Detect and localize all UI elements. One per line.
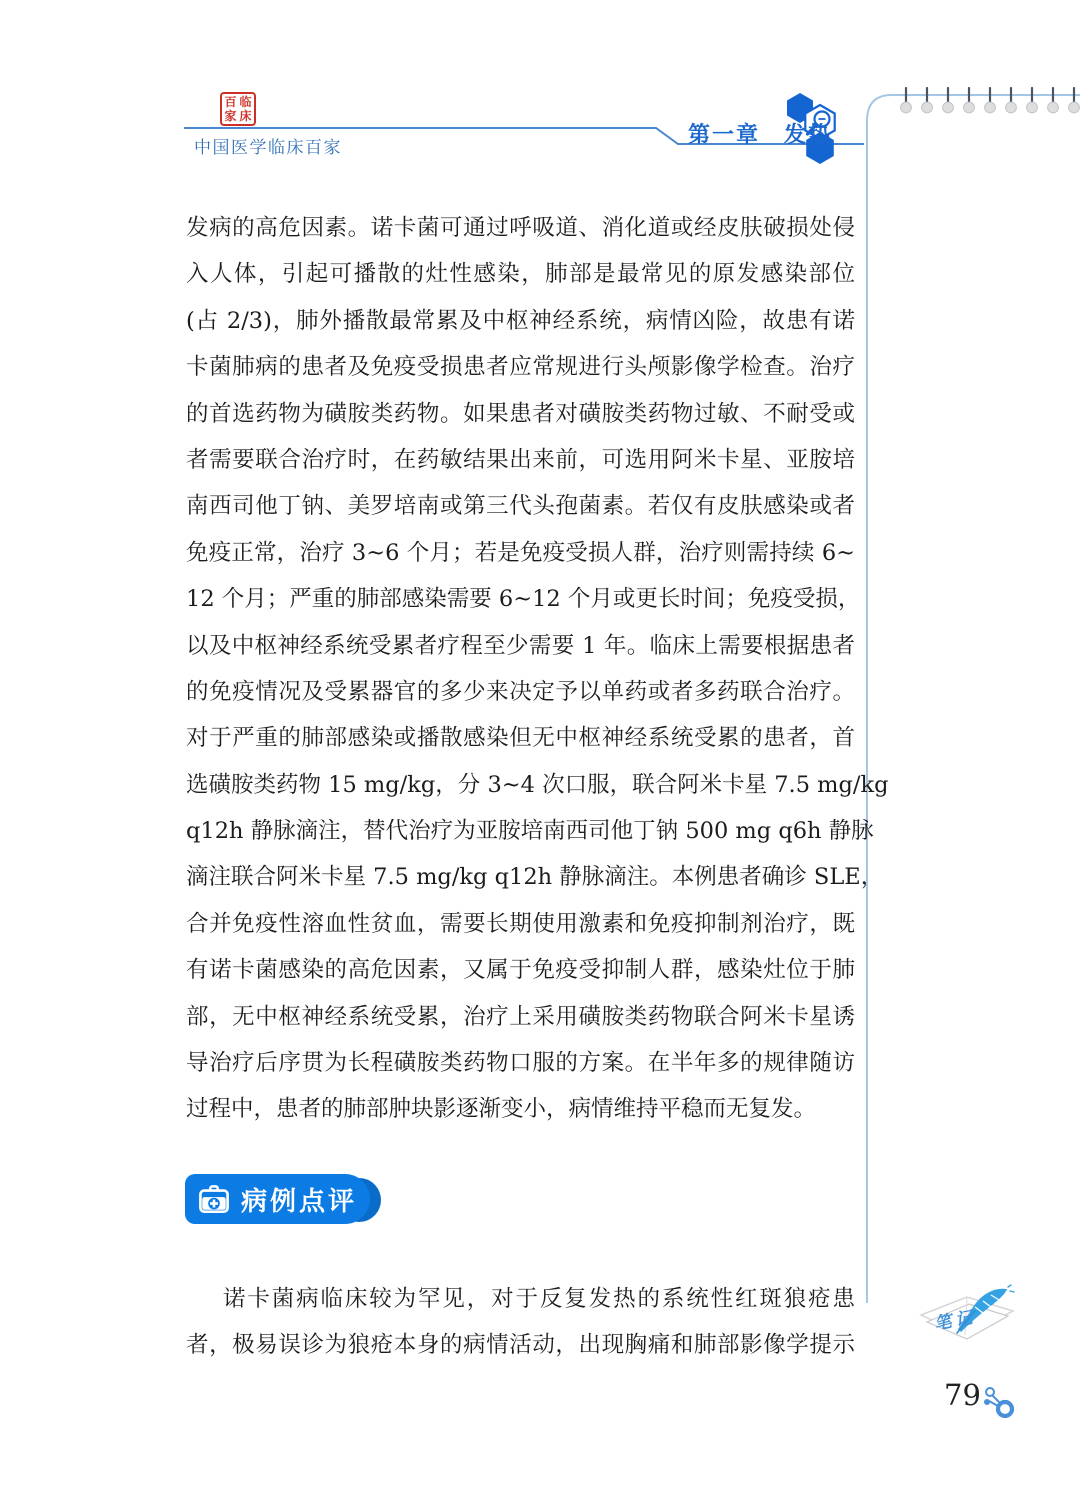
body-line: 免疫正常，治疗 3~6 个月；若是免疫受损人群，治疗则需持续 6~ [186,530,855,576]
page-number: 79 [944,1378,981,1412]
book-page: 百 临 家 床 中国医学临床百家 第一章 发热 发病的高危因素。诺卡菌可通过呼吸… [0,0,1080,1504]
notes-label: 笔记 [932,1303,978,1335]
series-title: 中国医学临床百家 [194,133,342,158]
body-line: 发病的高危因素。诺卡菌可通过呼吸道、消化道或经皮肤破损处侵 [186,205,855,251]
seal-char: 家 [224,110,236,122]
medical-kit-icon [198,1184,230,1214]
body-paragraph-1: 发病的高危因素。诺卡菌可通过呼吸道、消化道或经皮肤破损处侵 入人体，引起可播散的… [186,205,855,1133]
body-line: 过程中，患者的肺部肿块影逐渐变小，病情维持平稳而无复发。 [186,1086,855,1132]
body-line: 入人体，引起可播散的灶性感染，肺部是最常见的原发感染部位 [186,251,855,297]
body-line: 部，无中枢神经系统受累，治疗上采用磺胺类药物联合阿米卡星诱 [186,994,855,1040]
body-line: 卡菌肺病的患者及免疫受损患者应常规进行头颅影像学检查。治疗 [186,344,855,390]
publisher-seal-logo: 百 临 家 床 [220,92,256,126]
body-line: 者需要联合治疗时，在药敏结果出来前，可选用阿米卡星、亚胺培 [186,437,855,483]
seal-char: 床 [239,110,251,122]
body-line: 选磺胺类药物 15 mg/kg，分 3~4 次口服，联合阿米卡星 7.5 mg/… [186,762,855,808]
body-line: (占 2/3)，肺外播散最常累及中枢神经系统，病情凶险，故患有诺 [186,298,855,344]
body-line: 南西司他丁钠、美罗培南或第三代头孢菌素。若仅有皮肤感染或者 [186,483,855,529]
banner-title: 病例点评 [241,1181,357,1218]
body-line: 以及中枢神经系统受累者疗程至少需要 1 年。临床上需要根据患者 [186,623,855,669]
molecule-icon [984,1388,1012,1416]
notebook-border-line [867,95,1080,1303]
body-line: q12h 静脉滴注，替代治疗为亚胺培南西司他丁钠 500 mg q6h 静脉 [186,808,855,854]
seal-char: 百 [224,96,236,108]
body-line: 的首选药物为磺胺类药物。如果患者对磺胺类药物过敏、不耐受或 [186,391,855,437]
body-line: 者，极易误诊为狼疮本身的病情活动，出现胸痛和肺部影像学提示 [186,1322,855,1368]
pushpin-icons [901,88,1080,113]
body-line: 滴注联合阿米卡星 7.5 mg/kg q12h 静脉滴注。本例患者确诊 SLE， [186,854,855,900]
body-line: 12 个月；严重的肺部感染需要 6~12 个月或更长时间；免疫受损， [186,576,855,622]
body-line: 对于严重的肺部感染或播散感染但无中枢神经系统受累的患者，首 [186,715,855,761]
body-line: 合并免疫性溶血性贫血，需要长期使用激素和免疫抑制剂治疗，既 [186,901,855,947]
chapter-header: 第一章 发热 [688,118,832,149]
body-line: 导治疗后序贯为长程磺胺类药物口服的方案。在半年多的规律随访 [186,1040,855,1086]
body-line: 的免疫情况及受累器官的多少来决定予以单药或者多药联合治疗。 [186,669,855,715]
body-line: 有诺卡菌感染的高危因素，又属于免疫受抑制人群，感染灶位于肺 [186,947,855,993]
banner-pill: 病例点评 [185,1174,370,1224]
body-paragraph-2: 诺卡菌病临床较为罕见，对于反复发热的系统性红斑狼疮患 者，极易误诊为狼疮本身的病… [186,1276,855,1369]
seal-char: 临 [239,96,251,108]
case-commentary-banner: 病例点评 [185,1174,405,1224]
body-line: 诺卡菌病临床较为罕见，对于反复发热的系统性红斑狼疮患 [186,1276,855,1322]
